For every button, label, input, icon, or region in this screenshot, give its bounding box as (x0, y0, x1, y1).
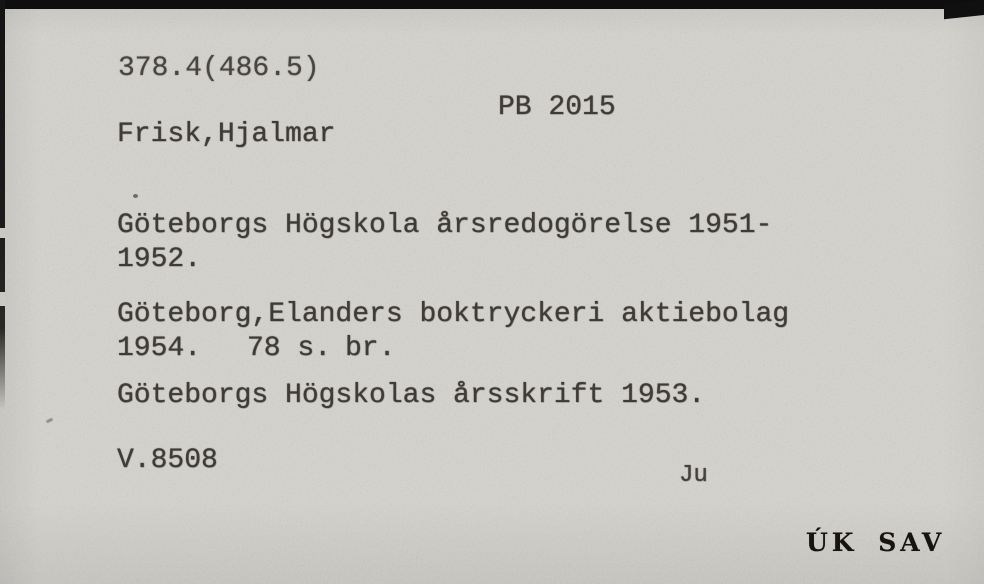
imprint-year: 1954. (117, 335, 201, 363)
title-line-1: Göteborgs Högskola årsredogörelse 1951- (117, 212, 772, 240)
scan-edge-nick (0, 292, 5, 306)
shelfmark: PB 2015 (498, 94, 616, 122)
scan-edge-top-right (944, 0, 984, 19)
imprint-publisher: Göteborg,Elanders boktryckeri aktiebolag (117, 301, 789, 329)
scan-edge-left (0, 0, 5, 410)
inventory-number: V.8508 (117, 447, 218, 475)
library-ownership-stamp: ÚK SAV (806, 528, 945, 557)
catalog-card-scan: 378.4(486.5) PB 2015 Frisk,Hjalmar Göteb… (0, 0, 984, 584)
cataloguer-initials: Ju (679, 464, 708, 488)
ink-speck (46, 418, 54, 424)
paper-shading (0, 0, 984, 584)
scan-edge-top (0, 0, 984, 9)
classification-number: 378.4(486.5) (118, 55, 320, 83)
author-heading: Frisk,Hjalmar (117, 121, 335, 149)
ink-speck (133, 194, 138, 198)
title-line-2: 1952. (117, 246, 201, 274)
scan-noise-texture (0, 0, 984, 584)
scan-edge-nick (0, 228, 5, 238)
series-note: Göteborgs Högskolas årsskrift 1953. (117, 382, 705, 410)
imprint-binding: br. (345, 335, 395, 363)
imprint-pages: 78 s. (247, 335, 331, 363)
